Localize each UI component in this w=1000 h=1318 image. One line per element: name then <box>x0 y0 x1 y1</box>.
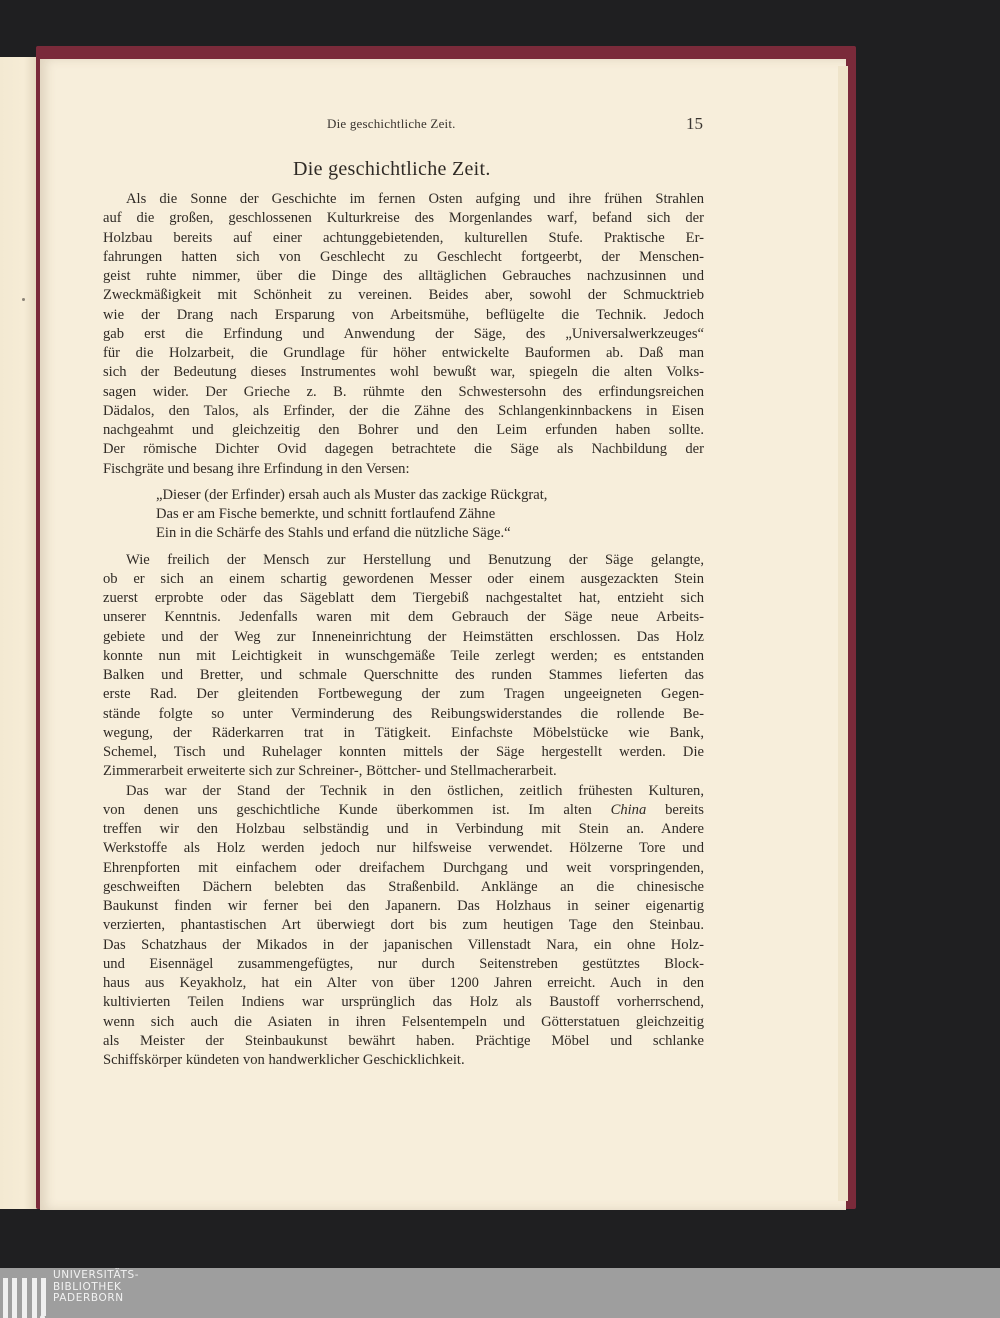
text-line: von denen uns geschichtliche Kunde überk… <box>103 801 704 820</box>
text-line: als Meister der Steinbaukunst bewährt ha… <box>103 1032 704 1051</box>
text-line: Dädalos, den Talos, als Erfinder, der di… <box>103 402 704 421</box>
text-line: auf die großen, geschlossenen Kulturkrei… <box>103 209 704 228</box>
verse-line: Das er am Fische bemerkte, und schnitt f… <box>156 505 704 524</box>
text-line: Fischgräte und besang ihre Erfindung in … <box>103 460 704 479</box>
text-line: gebiete und der Weg zur Inneneinrichtung… <box>103 628 704 647</box>
text-line: sich der Bedeutung dieses Instrumentes w… <box>103 363 704 382</box>
text-line: Zimmerarbeit erweiterte sich zur Schrein… <box>103 762 704 781</box>
text-line: verzierten, phantastischen Art überwiegt… <box>103 916 704 935</box>
page-edge <box>838 66 848 1201</box>
verse-line: Ein in die Schärfe des Stahls und erfand… <box>156 524 704 543</box>
text-line: nachgeahmt und gleichzeitig den Bohrer u… <box>103 421 704 440</box>
text-line: wegung, der Räderkarren trat in Tätigkei… <box>103 724 704 743</box>
text-line: Ehrenpforten mit einfachem oder dreifach… <box>103 859 704 878</box>
verse-line: „Dieser (der Erfinder) ersah auch als Mu… <box>156 486 704 505</box>
page-speck <box>22 298 25 301</box>
italic-term: China <box>611 802 647 818</box>
text-line: Schemel, Tisch und Ruhelager konnten mit… <box>103 743 704 762</box>
paragraph-1: Als die Sonne der Geschichte im fernen O… <box>103 190 704 479</box>
text-line: konnte nun mit Leichtigkeit in wunschgem… <box>103 647 704 666</box>
text-line: für die Holzarbeit, die Grundlage für hö… <box>103 344 704 363</box>
text-line: wenn sich auch die Asiaten in ihren Fels… <box>103 1013 704 1032</box>
text-run: von denen uns geschichtliche Kunde überk… <box>103 802 611 818</box>
text-line: geschweiften Dächern belebten das Straße… <box>103 878 704 897</box>
text-line: Der römische Dichter Ovid dagegen betrac… <box>103 440 704 459</box>
library-logo-text: UNIVERSITÄTS- BIBLIOTHEK PADERBORN <box>53 1270 139 1305</box>
text-line: Das war der Stand der Technik in den öst… <box>103 782 704 801</box>
body-text: Als die Sonne der Geschichte im fernen O… <box>103 190 704 1070</box>
text-line: ob er sich an einem schartig gewordenen … <box>103 570 704 589</box>
chapter-title: Die geschichtliche Zeit. <box>293 158 491 181</box>
text-line: sagen wider. Der Grieche z. B. rühmte de… <box>103 383 704 402</box>
paragraph-2: Wie freilich der Mensch zur Herstellung … <box>103 551 704 782</box>
text-line: unserer Kenntnis. Jedenfalls waren mit d… <box>103 608 704 627</box>
text-line: wie der Drang nach Ersparung von Arbeits… <box>103 306 704 325</box>
logo-line: PADERBORN <box>53 1293 139 1305</box>
text-line: treffen wir den Holzbau selbständig und … <box>103 820 704 839</box>
text-line: und Eisennägel zusammengefügtes, nur dur… <box>103 955 704 974</box>
text-line: gab erst die Erfindung und Anwendung der… <box>103 325 704 344</box>
logo-line: UNIVERSITÄTS- <box>53 1270 139 1282</box>
text-line: geist ruhte nimmer, über die Dinge des a… <box>103 267 704 286</box>
text-line: erste Rad. Der gleitenden Fortbewegung d… <box>103 685 704 704</box>
running-head: Die geschichtliche Zeit. <box>327 116 456 132</box>
text-line: Zweckmäßigkeit mit Schönheit zu vereinen… <box>103 286 704 305</box>
text-line: Werkstoffe als Holz werden jedoch nur hi… <box>103 839 704 858</box>
text-line: Schiffskörper kündeten von handwerkliche… <box>103 1051 704 1070</box>
text-line: Wie freilich der Mensch zur Herstellung … <box>103 551 704 570</box>
text-line: kultivierten Teilen Indiens war ursprüng… <box>103 993 704 1012</box>
verse-quote: „Dieser (der Erfinder) ersah auch als Mu… <box>156 486 704 544</box>
text-line: fahrungen hatten sich von Geschlecht zu … <box>103 248 704 267</box>
page-number: 15 <box>686 114 703 134</box>
paragraph-3: Das war der Stand der Technik in den öst… <box>103 782 704 1071</box>
text-line: Als die Sonne der Geschichte im fernen O… <box>103 190 704 209</box>
text-line: haus aus Keyakholz, hat ein Alter von üb… <box>103 974 704 993</box>
text-line: stände folgte so unter Verminderung des … <box>103 705 704 724</box>
left-page-edge <box>0 57 40 1209</box>
text-line: zuerst erprobte oder das Sägeblatt dem T… <box>103 589 704 608</box>
text-line: Baukunst finden wir ferner bei den Japan… <box>103 897 704 916</box>
text-line: Das Schatzhaus der Mikados in der japani… <box>103 936 704 955</box>
text-line: Balken und Bretter, und schmale Querschn… <box>103 666 704 685</box>
text-run: bereits <box>646 802 704 818</box>
text-line: Holzbau bereits auf einer achtunggebiete… <box>103 229 704 248</box>
footer-bar: UNIVERSITÄTS- BIBLIOTHEK PADERBORN <box>0 1268 1000 1318</box>
